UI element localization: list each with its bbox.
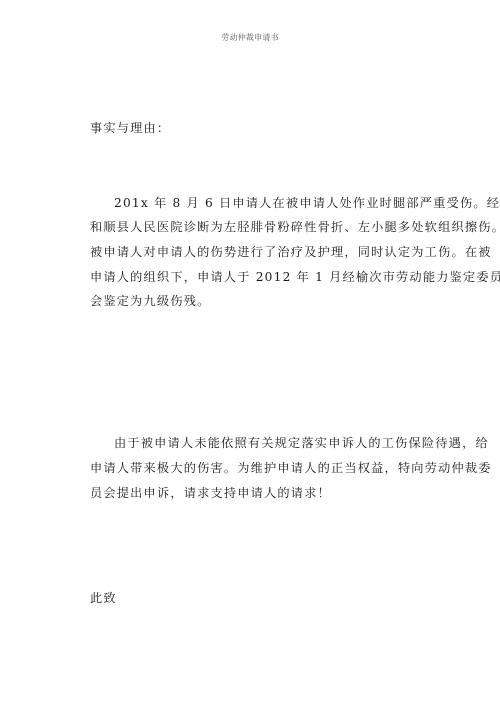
paragraph-line: 申请人的组织下，申请人于 2012 年 1 月经榆次市劳动能力鉴定委员: [90, 270, 500, 284]
paragraph-line: 被申请人对申请人的伤势进行了治疗及护理，同时认定为工伤。在被: [90, 245, 492, 259]
paragraph-line: 和顺县人民医院诊断为左胫腓骨粉碎性骨折、左小腿多处软组织擦伤。: [90, 220, 500, 234]
paragraph-line: 会鉴定为九级伤残。: [90, 294, 211, 308]
closing-salutation: 此致: [90, 591, 117, 605]
page-header-title: 劳动仲裁申请书: [0, 32, 500, 43]
paragraph-line: 申请人带来极大的伤害。为维护申请人的正当权益，特向劳动仲裁委: [90, 461, 492, 475]
section-heading: 事实与理由：: [90, 121, 170, 135]
paragraph-line: 员会提出申诉，请求支持申请人的请求！: [90, 486, 331, 500]
paragraph-line: 201x 年 8 月 6 日申请人在被申请人处作业时腿部严重受伤。经: [114, 196, 500, 210]
paragraph-line: 由于被申请人未能依照有关规定落实申诉人的工伤保险待遇，给: [114, 436, 489, 450]
